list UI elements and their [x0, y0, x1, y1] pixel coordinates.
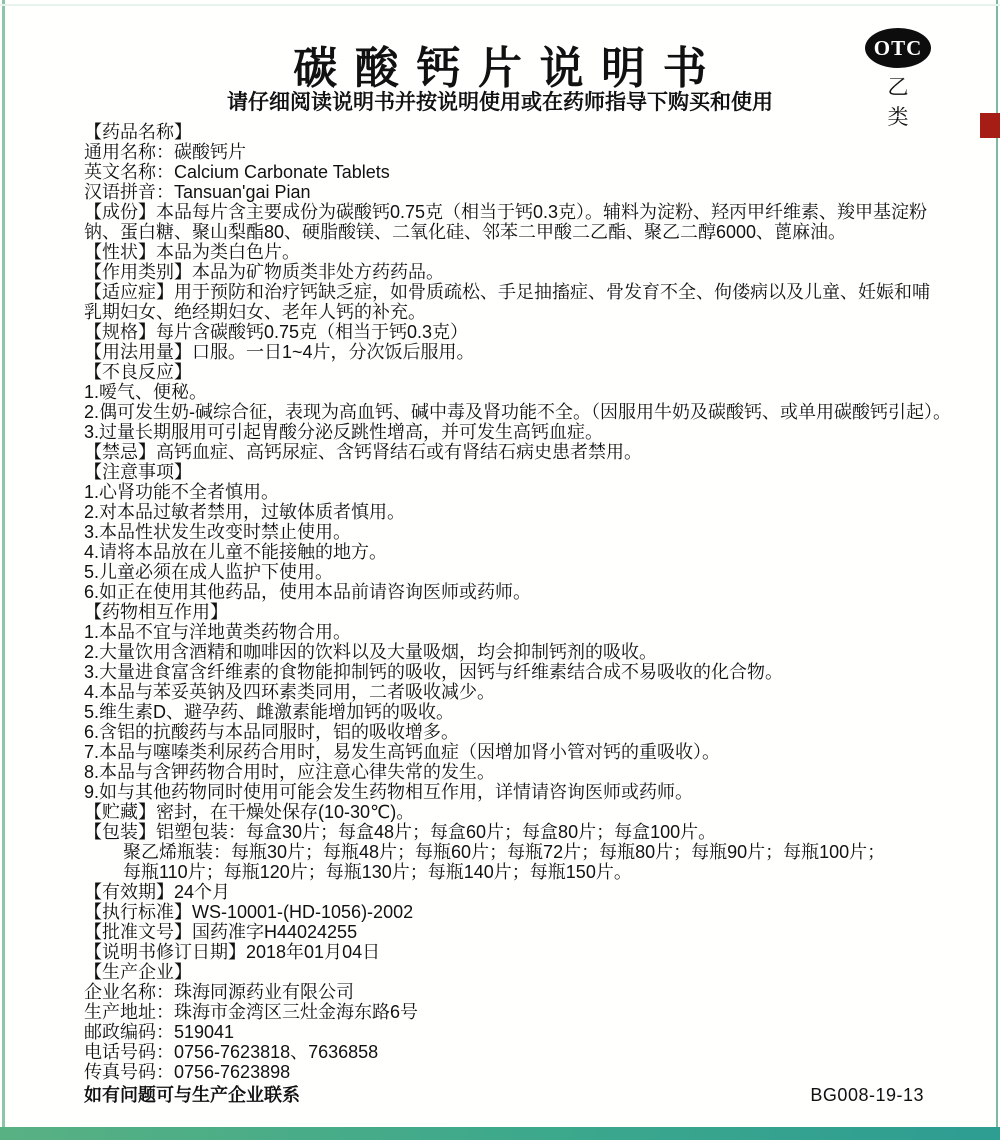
text-line: 传真号码：0756-7623898	[84, 1062, 942, 1082]
text-line: 【有效期】24个月	[84, 882, 942, 902]
text-line: 3.大量进食富含纤维素的食物能抑制钙的吸收，因钙与纤维素结合成不易吸收的化合物。	[84, 662, 942, 682]
text-line: 2.对本品过敏者禁用，过敏体质者慎用。	[84, 502, 942, 522]
text-line: 5.维生素D、避孕药、雌激素能增加钙的吸收。	[84, 702, 942, 722]
text-line: 汉语拼音：Tansuan'gai Pian	[84, 182, 942, 202]
otc-label: OTC	[874, 36, 923, 61]
text-line: 4.请将本品放在儿童不能接触的地方。	[84, 542, 942, 562]
otc-badge: OTC 乙 类	[858, 28, 938, 131]
text-line: 8.本品与含钾药物合用时，应注意心律失常的发生。	[84, 762, 942, 782]
text-line: 乳期妇女、绝经期妇女、老年人钙的补充。	[84, 302, 942, 322]
text-line: 生产地址：珠海市金湾区三灶金海东路6号	[84, 1002, 942, 1022]
footer-row: 如有问题可与生产企业联系 BG008-19-13	[84, 1084, 942, 1106]
text-line: 【执行标准】WS-10001-(HD-1056)-2002	[84, 902, 942, 922]
text-line: 【禁忌】高钙血症、高钙尿症、含钙肾结石或有肾结石病史患者禁用。	[84, 442, 942, 462]
top-border-line	[0, 4, 1000, 6]
text-line: 通用名称：碳酸钙片	[84, 142, 942, 162]
right-border-line	[996, 0, 998, 1140]
package-insert-page: 碳酸钙片说明书 请仔细阅读说明书并按说明使用或在药师指导下购买和使用 OTC 乙…	[0, 0, 1000, 1140]
text-line: 【药物相互作用】	[84, 602, 942, 622]
red-registration-mark	[980, 113, 1000, 138]
text-line: 钠、蛋白糖、聚山梨酯80、硬脂酸镁、二氧化硅、邻苯二甲酸二乙酯、聚乙二醇6000…	[84, 222, 942, 242]
text-line: 5.儿童必须在成人监护下使用。	[84, 562, 942, 582]
text-line: 【作用类别】本品为矿物质类非处方药药品。	[84, 262, 942, 282]
text-line: 【贮藏】密封，在干燥处保存(10-30℃)。	[84, 802, 942, 822]
text-line: 【说明书修订日期】2018年01月04日	[84, 942, 942, 962]
text-line: 4.本品与苯妥英钠及四环素类同用，二者吸收减少。	[84, 682, 942, 702]
text-line: 【不良反应】	[84, 362, 942, 382]
text-line: 【药品名称】	[84, 122, 942, 142]
text-line: 7.本品与噻嗪类利尿药合用时，易发生高钙血症（因增加肾小管对钙的重吸收）。	[84, 742, 942, 762]
text-line: 1.本品不宜与洋地黄类药物合用。	[84, 622, 942, 642]
text-line: 【用法用量】口服。一日1~4片，分次饭后服用。	[84, 342, 942, 362]
text-line: 【批准文号】国药准字H44024255	[84, 922, 942, 942]
text-line: 【性状】本品为类白色片。	[84, 242, 942, 262]
text-line: 邮政编码：519041	[84, 1022, 942, 1042]
text-line: 3.过量长期服用可引起胃酸分泌反跳性增高，并可发生高钙血症。	[84, 422, 942, 442]
text-line: 【包装】铝塑包装：每盒30片；每盒48片；每盒60片；每盒80片；每盒100片。	[84, 822, 942, 842]
text-line: 聚乙烯瓶装：每瓶30片；每瓶48片；每瓶60片；每瓶72片；每瓶80片；每瓶90…	[84, 842, 942, 862]
text-line: 3.本品性状发生改变时禁止使用。	[84, 522, 942, 542]
text-line: 2.偶可发生奶-碱综合征，表现为高血钙、碱中毒及肾功能不全。（因服用牛奶及碳酸钙…	[84, 402, 942, 422]
text-line: 【成份】本品每片含主要成份为碳酸钙0.75克（相当于钙0.3克）。辅料为淀粉、羟…	[84, 202, 942, 222]
text-line: 企业名称：珠海同源药业有限公司	[84, 982, 942, 1002]
text-line: 6.含铝的抗酸药与本品同服时，铝的吸收增多。	[84, 722, 942, 742]
footer-document-code: BG008-19-13	[810, 1084, 942, 1106]
text-line: 【生产企业】	[84, 962, 942, 982]
document-body: 【药品名称】通用名称：碳酸钙片英文名称：Calcium Carbonate Ta…	[84, 122, 942, 1082]
text-line: 6.如正在使用其他药品，使用本品前请咨询医师或药师。	[84, 582, 942, 602]
otc-oval-icon: OTC	[865, 28, 931, 68]
text-line: 每瓶110片；每瓶120片；每瓶130片；每瓶140片；每瓶150片。	[84, 862, 942, 882]
text-line: 英文名称：Calcium Carbonate Tablets	[84, 162, 942, 182]
text-line: 【适应症】用于预防和治疗钙缺乏症，如骨质疏松、手足抽搐症、骨发育不全、佝偻病以及…	[84, 282, 942, 302]
text-line: 1.嗳气、便秘。	[84, 382, 942, 402]
footer-contact-note: 如有问题可与生产企业联系	[84, 1084, 300, 1106]
text-line: 【注意事项】	[84, 462, 942, 482]
left-border-line	[2, 0, 5, 1140]
text-line: 电话号码：0756-7623818、7636858	[84, 1042, 942, 1062]
page-subtitle: 请仔细阅读说明书并按说明使用或在药师指导下购买和使用	[0, 86, 1000, 116]
text-line: 【规格】每片含碳酸钙0.75克（相当于钙0.3克）	[84, 322, 942, 342]
text-line: 2.大量饮用含酒精和咖啡因的饮料以及大量吸烟，均会抑制钙剂的吸收。	[84, 642, 942, 662]
text-line: 9.如与其他药物同时使用可能会发生药物相互作用，详情请咨询医师或药师。	[84, 782, 942, 802]
bottom-border-band	[0, 1127, 1000, 1140]
text-line: 1.心肾功能不全者慎用。	[84, 482, 942, 502]
